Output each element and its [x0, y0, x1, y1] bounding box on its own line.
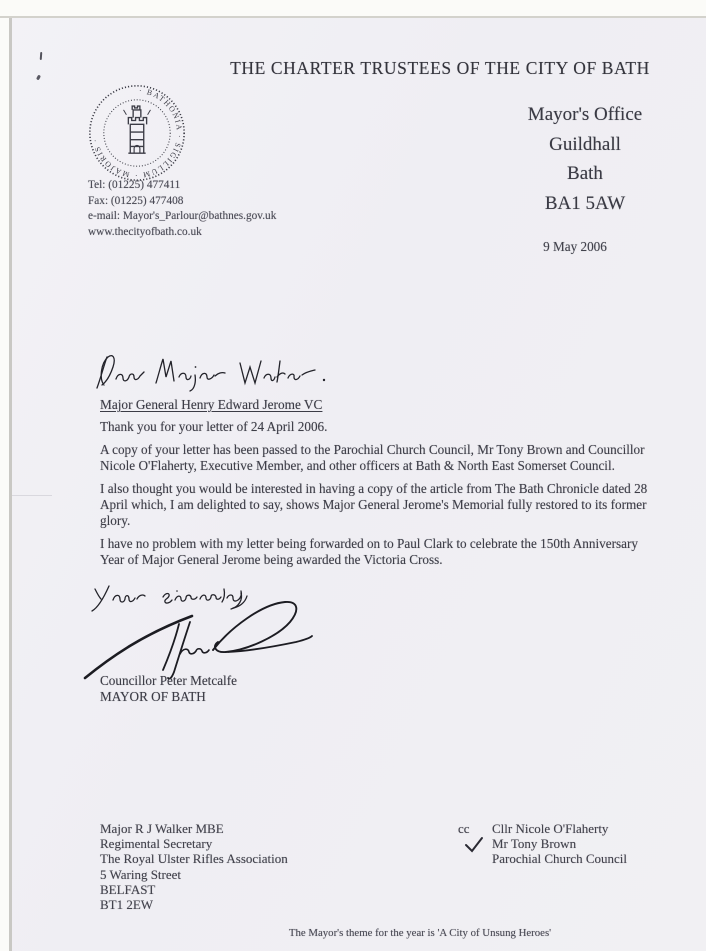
- sender-address-line: Guildhall: [505, 130, 665, 160]
- paragraph: Thank you for your letter of 24 April 20…: [100, 419, 650, 435]
- subject-line: Major General Henry Edward Jerome VC: [100, 397, 322, 413]
- recipient-line: Regimental Secretary: [100, 836, 288, 851]
- recipient-line: 5 Waring Street: [100, 867, 288, 882]
- letter-date: 9 May 2006: [500, 239, 650, 255]
- cc-block: cc Cllr Nicole O'Flaherty Mr Tony Brown …: [458, 821, 627, 867]
- tel-line: Tel: (01225) 477411: [88, 178, 276, 194]
- recipient-line: BELFAST: [100, 882, 288, 897]
- fax-line: Fax: (01225) 477408: [88, 194, 276, 210]
- sender-address: Mayor's Office Guildhall Bath BA1 5AW: [505, 100, 665, 218]
- paragraph: I have no problem with my letter being f…: [100, 536, 650, 568]
- scanned-letter-page: { "letter": { "title": "THE CHARTER TRUS…: [0, 0, 706, 951]
- sender-address-line: Bath: [505, 159, 665, 189]
- sender-address-line: BA1 5AW: [505, 189, 665, 219]
- recipient-address: Major R J Walker MBE Regimental Secretar…: [100, 821, 288, 912]
- cc-entry: Mr Tony Brown: [492, 836, 576, 851]
- scan-speck: [36, 75, 41, 81]
- signatory-title: MAYOR OF BATH: [100, 689, 237, 705]
- handwritten-signature: [82, 594, 324, 684]
- recipient-line: BT1 2EW: [100, 897, 288, 912]
- cc-entry: Parochial Church Council: [492, 851, 627, 866]
- sender-address-line: Mayor's Office: [505, 100, 665, 130]
- scan-edge-left: [0, 0, 12, 951]
- website-line: www.thecityofbath.co.uk: [88, 225, 276, 241]
- paragraph: I also thought you would be interested i…: [100, 481, 650, 528]
- signatory-block: Councillor Peter Metcalfe MAYOR OF BATH: [100, 673, 237, 704]
- recipient-line: Major R J Walker MBE: [100, 821, 288, 836]
- castle-tower-icon: [124, 106, 151, 153]
- email-line: e-mail: Mayor's_Parlour@bathnes.gov.uk: [88, 209, 276, 225]
- handwritten-tick-icon: [464, 836, 484, 854]
- paragraph: A copy of your letter has been passed to…: [100, 442, 650, 474]
- signatory-name: Councillor Peter Metcalfe: [100, 673, 237, 689]
- letter-body: Thank you for your letter of 24 April 20…: [100, 419, 650, 575]
- recipient-line: The Royal Ulster Rifles Association: [100, 851, 288, 866]
- contact-details: Tel: (01225) 477411 Fax: (01225) 477408 …: [88, 178, 276, 240]
- cc-entry: Cllr Nicole O'Flaherty: [492, 821, 608, 836]
- scan-speck: [40, 52, 43, 60]
- scan-edge-top: [0, 0, 706, 18]
- handwritten-salutation: [94, 349, 346, 395]
- city-seal-icon: · BATHONIA · SIGILLUM · MAJORIS ·: [86, 82, 188, 184]
- footer-theme-line: The Mayor's theme for the year is 'A Cit…: [160, 927, 680, 939]
- cc-label: cc: [458, 821, 492, 836]
- letterhead-title: THE CHARTER TRUSTEES OF THE CITY OF BATH: [180, 58, 700, 79]
